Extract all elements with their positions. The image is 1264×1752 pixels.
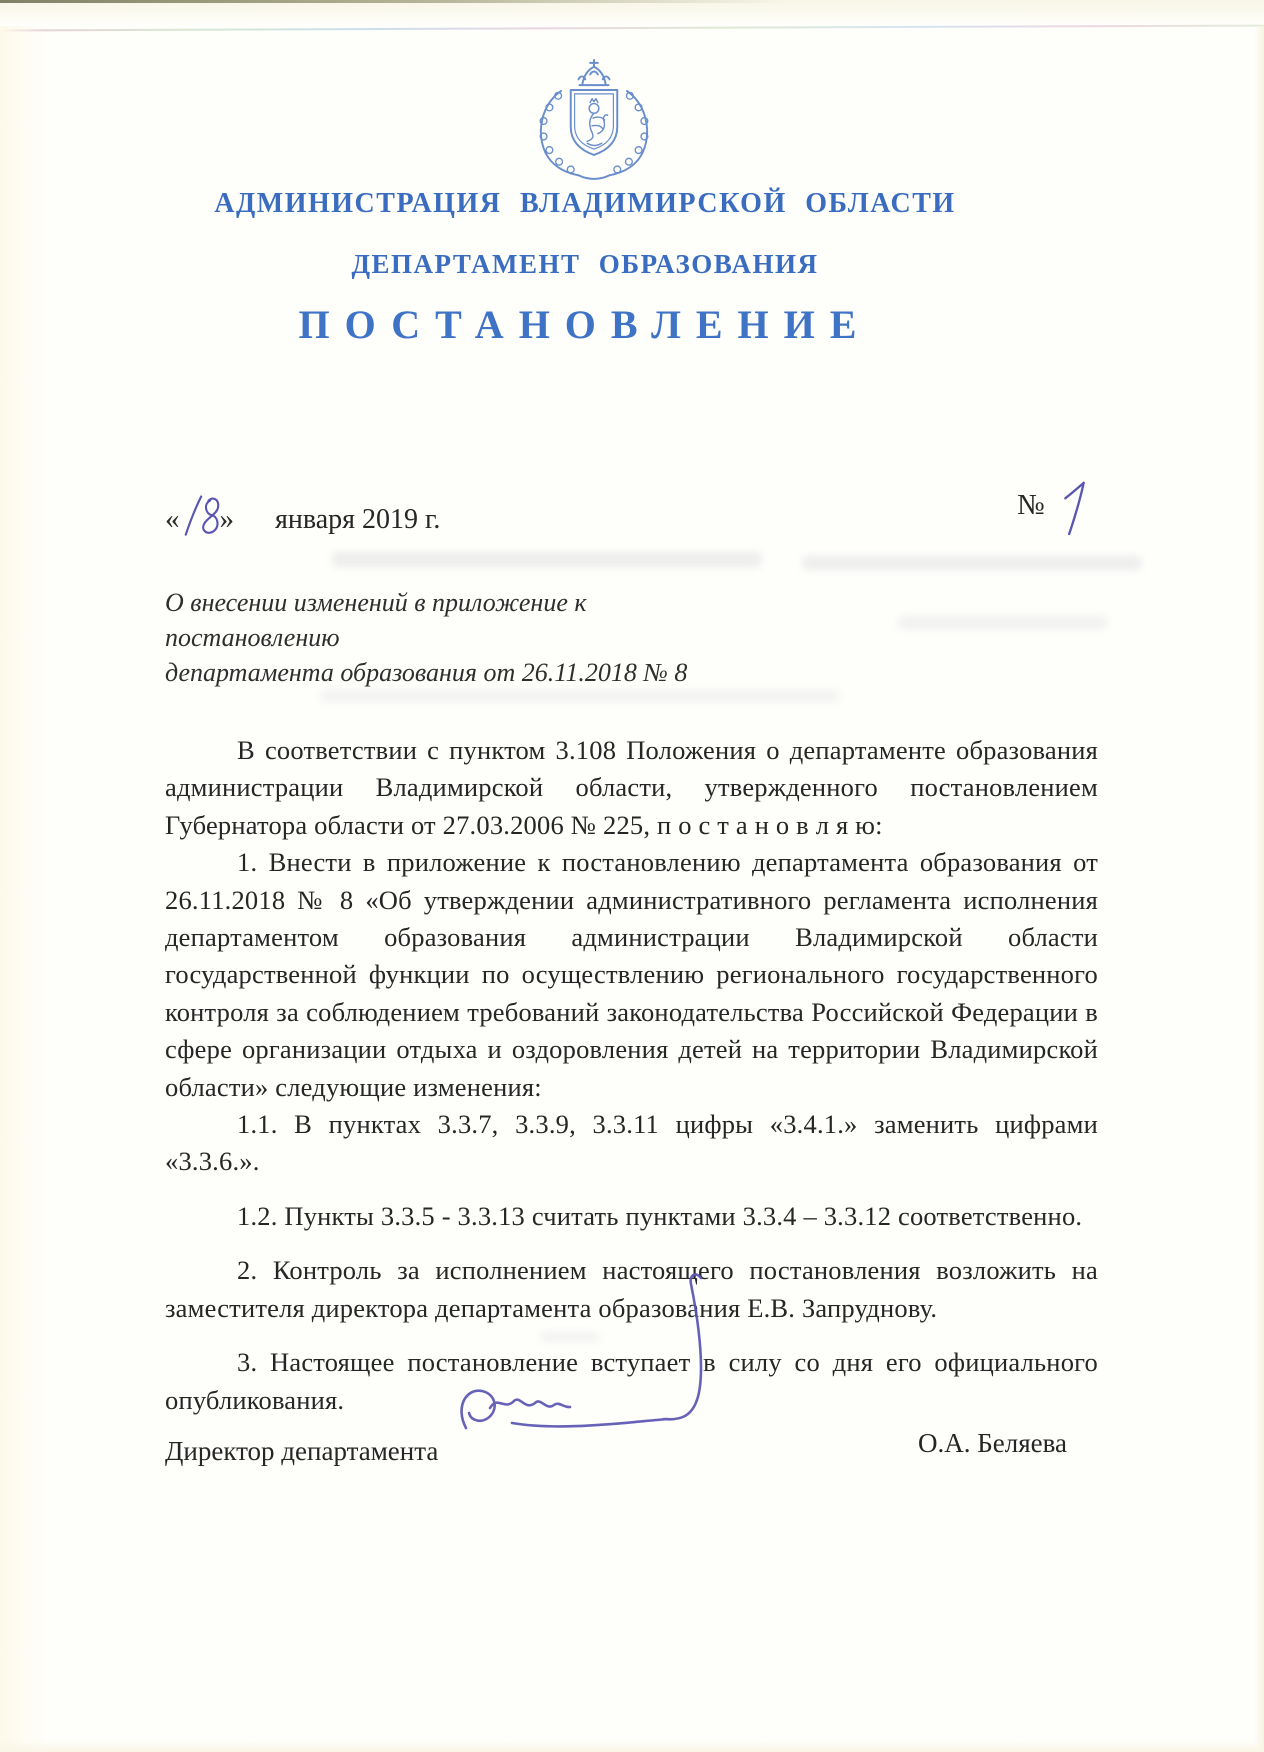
paragraph-item-1: 1. Внести в приложение к постановлению д… — [165, 844, 1098, 1106]
paragraph-item-1-2: 1.2. Пункты 3.3.5 - 3.3.13 считать пункт… — [165, 1198, 1098, 1235]
scan-edge-darkline — [0, 0, 784, 3]
document-subject: О внесении изменений в приложение к пост… — [165, 585, 765, 690]
number-sign: № — [1017, 489, 1045, 521]
scan-edge-top — [0, 0, 1264, 26]
paragraph-item-1-1: 1.1. В пунктах 3.3.7, 3.3.9, 3.3.11 цифр… — [165, 1106, 1098, 1181]
subject-line-1: О внесении изменений в приложение к пост… — [165, 585, 765, 655]
subject-line-2: департамента образования от 26.11.2018 №… — [165, 655, 765, 690]
scan-edge-left — [0, 26, 46, 1752]
date-field: « » января 2019 г. — [165, 488, 440, 544]
bleedthrough-smudge — [320, 690, 840, 702]
bleedthrough-smudge — [332, 552, 762, 567]
bleedthrough-smudge — [802, 556, 1142, 570]
scan-edge-right — [1254, 26, 1264, 1752]
coat-of-arms-icon — [494, 58, 694, 184]
date-text: января 2019 г. — [275, 504, 440, 535]
scanned-document-page: АДМИНИСТРАЦИЯ ВЛАДИМИРСКОЙ ОБЛАСТИ ДЕПАР… — [0, 0, 1264, 1752]
document-type-title: ПОСТАНОВЛЕНИЕ — [60, 301, 1110, 348]
bleedthrough-smudge — [898, 616, 1108, 629]
scan-edge-bottom — [0, 1740, 1264, 1752]
signer-name: О.А. Беляева — [918, 1428, 1067, 1459]
organization-name: АДМИНИСТРАЦИЯ ВЛАДИМИРСКОЙ ОБЛАСТИ — [60, 188, 1110, 220]
handwritten-signature — [452, 1268, 786, 1446]
department-name: ДЕПАРТАМЕНТ ОБРАЗОВАНИЯ — [60, 249, 1110, 280]
handwritten-number — [1055, 478, 1093, 536]
date-and-number-row: « » января 2019 г. № — [165, 482, 1098, 542]
quote-close: » — [220, 503, 235, 535]
document-number-field: № — [1017, 478, 1093, 536]
signer-role: Директор департамента — [165, 1436, 438, 1467]
paragraph-preamble: В соответствии с пунктом 3.108 Положения… — [165, 732, 1098, 844]
